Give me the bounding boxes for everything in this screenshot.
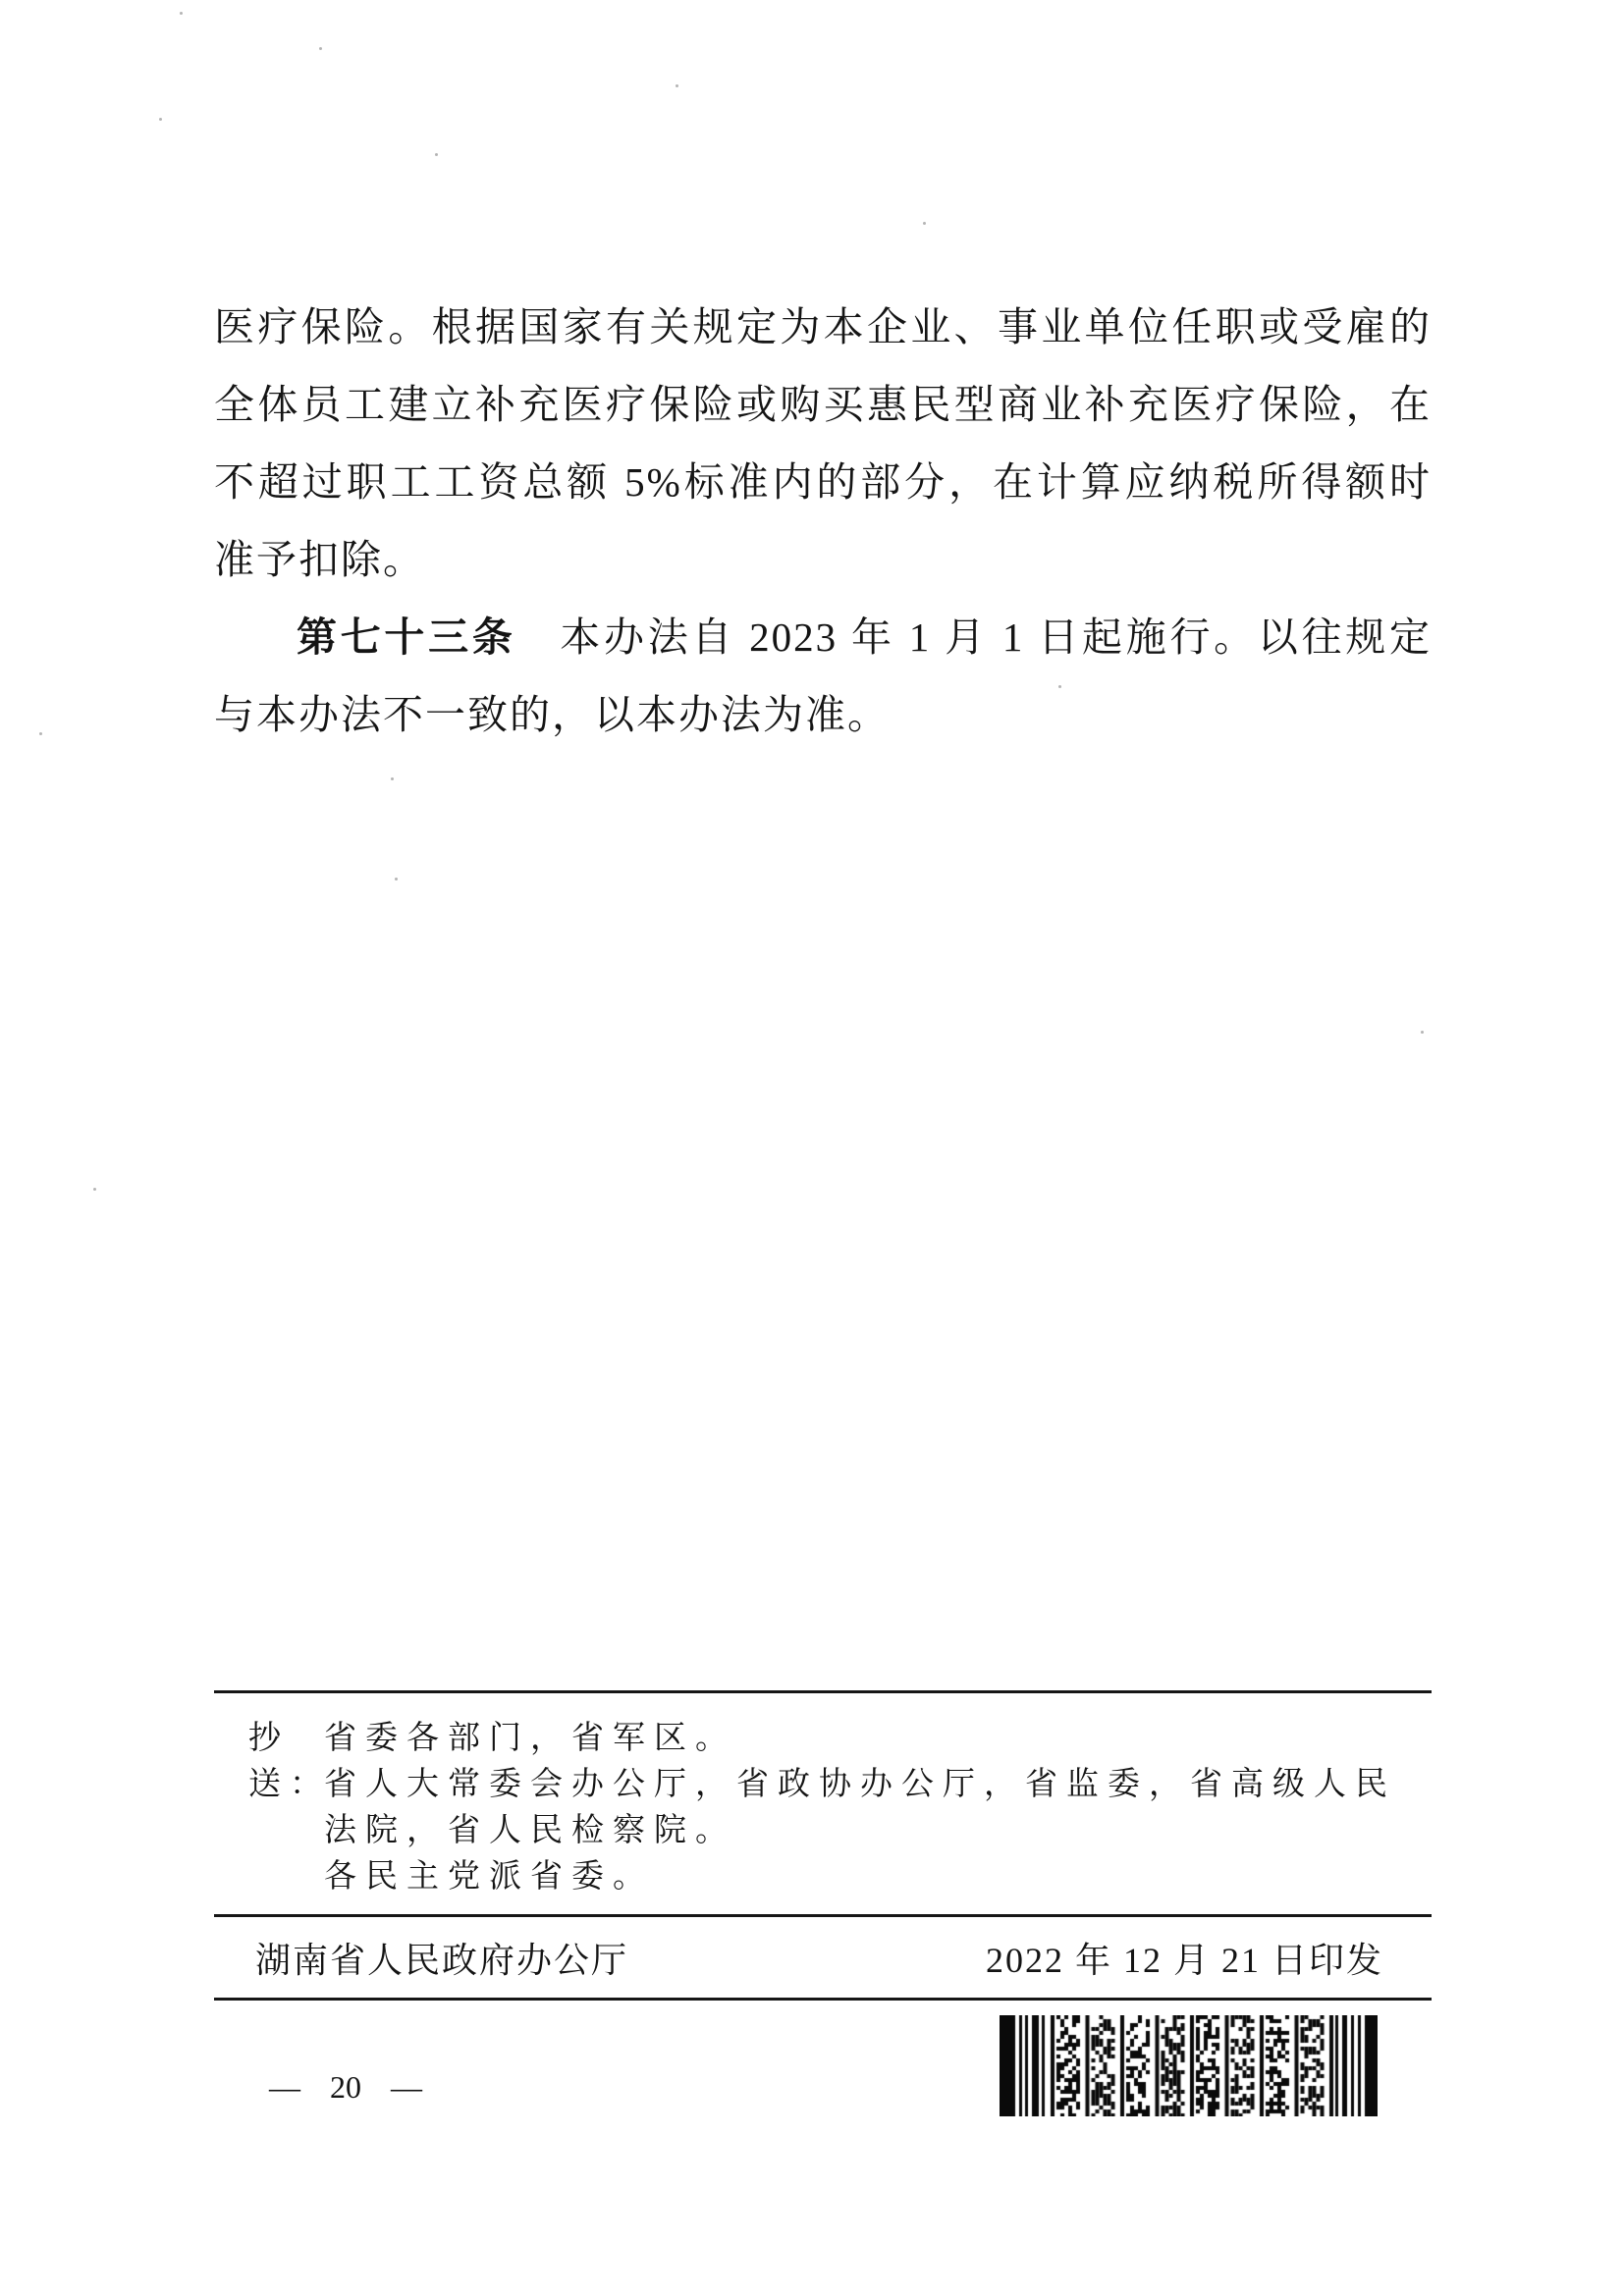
document-page: 医疗保险。根据国家有关规定为本企业、事业单位任职或受雇的 全体员工建立补充医疗保… [0, 0, 1623, 2296]
scan-speck [93, 1188, 96, 1191]
cc-label: 抄送： [214, 1716, 324, 1808]
cc-line: 各民主党派省委。 [324, 1854, 1432, 1900]
scan-speck [39, 732, 42, 735]
body-line: 准予扣除。 [214, 521, 1432, 599]
issuer-row: 湖南省人民政府办公厅 2022 年 12 月 21 日印发 [214, 1914, 1432, 2001]
cc-line: 省人大常委会办公厅，省政协办公厅，省监委，省高级人民 [324, 1762, 1432, 1808]
scan-speck [435, 153, 438, 156]
body-line: 不超过职工工资总额 5%标准内的部分，在计算应纳税所得额时 [214, 444, 1432, 521]
scan-speck [159, 118, 162, 121]
cc-line: 法院，省人民检察院。 [324, 1808, 1432, 1854]
article-text: 本办法自 2023 年 1 月 1 日起施行。以往规定 [516, 614, 1432, 660]
article-73-line: 与本办法不一致的，以本办法为准。 [214, 676, 1432, 754]
print-date: 2022 年 12 月 21 日印发 [986, 1933, 1432, 1983]
pdf417-barcode [1000, 2015, 1378, 2116]
scan-speck [1058, 685, 1061, 688]
scan-speck [395, 878, 398, 881]
scan-speck [391, 777, 394, 780]
cc-line: 省委各部门，省军区。 [324, 1716, 1432, 1762]
scan-speck [923, 222, 926, 225]
scan-speck [676, 84, 678, 87]
issuing-office: 湖南省人民政府办公厅 [214, 1933, 628, 1983]
article-number: 第七十三条 [297, 614, 516, 660]
article-73-line: 第七十三条 本办法自 2023 年 1 月 1 日起施行。以往规定 [214, 599, 1432, 676]
page-number: — 20 — [252, 2069, 439, 2106]
scan-speck [319, 47, 322, 50]
scan-speck [180, 12, 183, 15]
body-text: 医疗保险。根据国家有关规定为本企业、事业单位任职或受雇的 全体员工建立补充医疗保… [214, 289, 1432, 754]
body-line: 医疗保险。根据国家有关规定为本企业、事业单位任职或受雇的 [214, 289, 1432, 366]
body-line: 全体员工建立补充医疗保险或购买惠民型商业补充医疗保险，在 [214, 366, 1432, 444]
scan-speck [1421, 1031, 1424, 1034]
cc-block: 抄送： 省委各部门，省军区。 省人大常委会办公厅，省政协办公厅，省监委，省高级人… [214, 1690, 1432, 1900]
cc-lines: 省委各部门，省军区。 省人大常委会办公厅，省政协办公厅，省监委，省高级人民 法院… [324, 1716, 1432, 1900]
